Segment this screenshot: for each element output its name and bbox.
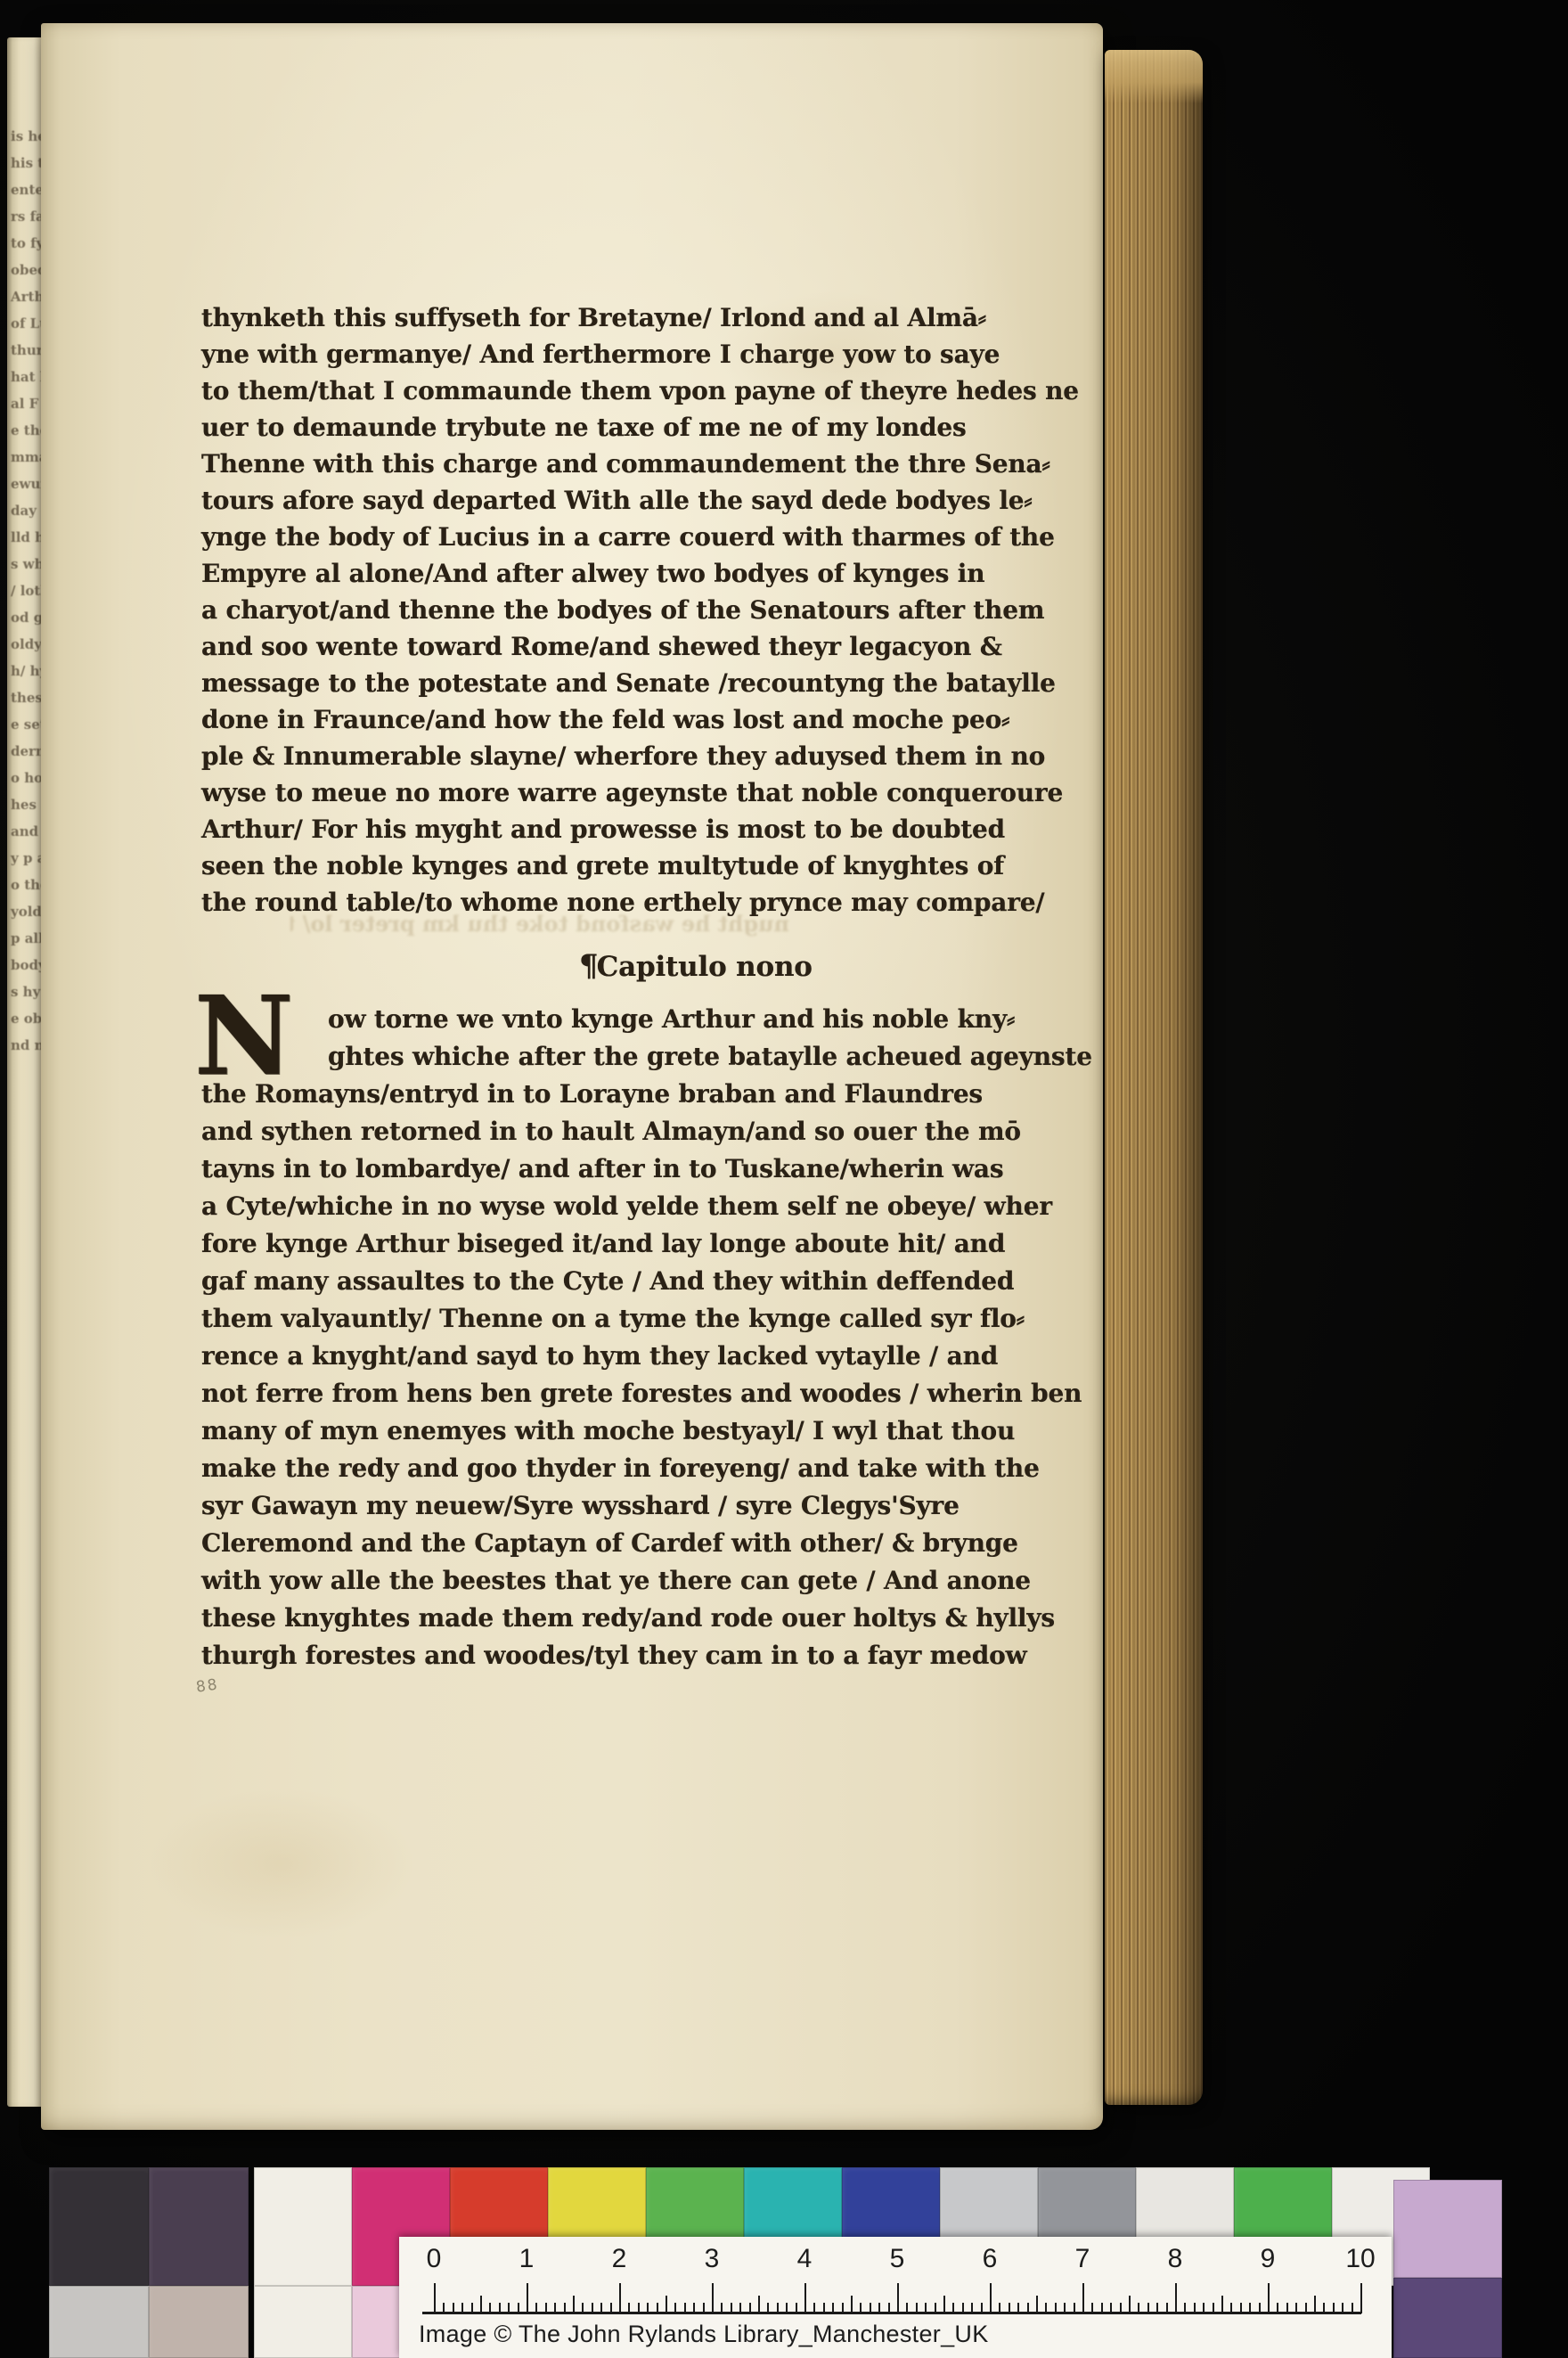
text-line: Arthur/ For his myght and prowesse is mo… [201,811,1092,847]
ruler-tick [573,2296,575,2313]
text-line: make the redy and goo thyder in foreyeng… [201,1450,1092,1487]
text-line: tayns in to lombardye/ and after in to T… [201,1150,1092,1188]
edge-fragment: p all th [11,925,43,952]
text-line: Thenne with this charge and commaundemen… [201,446,1092,482]
show-through-ghost-text: nught he wasfond toke thu km preter lo/ … [290,909,789,939]
text-line: them valyauntly/ Thenne on a tyme the ky… [201,1300,1092,1338]
edge-fragment: hat hye [11,364,43,390]
text-line: a Cyte/whiche in no wyse wold yelde them… [201,1188,1092,1225]
edge-fragment: y p alt [11,845,43,872]
color-patch [149,2167,249,2286]
text-line: message to the potestate and Senate /rec… [201,665,1092,701]
text-line: wyse to meue no more warre ageynste that… [201,774,1092,811]
text-line: not ferre from hens ben grete forestes a… [201,1375,1092,1412]
paragraph-chapter8-end: thynketh this suffyseth for Bretayne/ Ir… [201,299,1092,921]
text-line: ynge the body of Lucius in a carre couer… [201,519,1092,555]
text-line: thynketh this suffyseth for Bretayne/ Ir… [201,299,1092,336]
text-line: gaf many assaultes to the Cyte / And the… [201,1263,1092,1300]
edge-fragment: ented fy [11,176,43,203]
edge-fragment: od gom [11,604,43,631]
text-line: a charyot/and thenne the bodyes of the S… [201,592,1092,628]
ruler-tick [666,2296,667,2313]
color-patch [149,2286,249,2358]
edge-fragment: day of [11,497,43,524]
edge-fragment: to fy d [11,230,43,257]
text-line: uer to demaunde trybute ne taxe of me ne… [201,409,1092,446]
pencil-foliation-mark: 88 [195,1675,220,1696]
ruler-tick [804,2283,806,2313]
text-line: Empyre al alone/And after alwey two body… [201,555,1092,592]
ruler-tick [434,2283,436,2313]
ruler-tick [1082,2283,1084,2313]
left-page-edge-stack: is hed fyhis threented fyrs fayreto fy d… [7,37,43,2107]
color-patch [254,2286,352,2358]
edge-fragment: al F d [11,390,43,417]
text-line: done in Fraunce/and how the feld was los… [201,701,1092,738]
ruler-tick [1268,2283,1270,2313]
ruler-tick [1221,2296,1223,2313]
ruler-tick [619,2283,621,2313]
ruler-tick [712,2283,714,2313]
text-line: seen the noble kynges and grete multytud… [201,847,1092,884]
edge-fragment: o the [11,872,43,898]
edge-fragment: Arthur e [11,283,43,310]
text-line: thurgh forestes and woodes/tyl they cam … [201,1637,1092,1674]
ruler-tick [758,2296,760,2313]
text-line: ghtes whiche after the grete bataylle ac… [201,1038,1092,1076]
chapter-heading: ¶Capitulo nono [579,948,813,984]
text-line: many of myn enemyes with moche bestyayl/… [201,1412,1092,1450]
text-line: fore kynge Arthur biseged it/and lay lon… [201,1225,1092,1263]
edge-fragment: s why [11,551,43,577]
text-line: yne with germanye/ And ferthermore I cha… [201,336,1092,373]
text-line: and sythen retorned in to hault Almayn/a… [201,1113,1092,1150]
image-credit-line: Image © The John Rylands Library_Manches… [419,2321,989,2348]
ruler-tick [1360,2283,1362,2313]
ruler-tick [1314,2296,1316,2313]
text-line: syr Gawayn my neuew/Syre wysshard / syre… [201,1487,1092,1525]
edge-fragment: hes are [11,791,43,818]
calibration-patch-purple [1393,2278,1502,2358]
edge-fragment: / lothe [11,577,43,604]
edge-text-fragments: is hed fyhis threented fyrs fayreto fy d… [7,123,43,1059]
ruler-tick [527,2283,528,2313]
edge-fragment: ewur h [11,471,43,497]
edge-fragment: yold h [11,898,43,925]
edge-fragment: bodyes [11,952,43,978]
ruler-tick [1036,2296,1038,2313]
text-line: the Romayns/entryd in to Lorayne braban … [201,1076,1092,1113]
paper-stain [148,1788,415,1939]
text-line: Cleremond and the Captayn of Cardef with… [201,1525,1092,1562]
ruler-baseline [422,2312,1361,2314]
edge-fragment: his thre [11,150,43,176]
text-line: to them/that I commaunde them vpon payne… [201,373,1092,409]
edge-fragment: nd ma [11,1032,43,1059]
edge-fragment: s hy not [11,978,43,1005]
color-patch [49,2167,149,2286]
ruler-tick [943,2296,945,2313]
edge-fragment: thes fy [11,684,43,711]
edge-fragment: e ober [11,1005,43,1032]
calibration-patch-lavender [1393,2180,1502,2278]
gilt-fore-edge [1105,50,1203,2105]
edge-fragment: lld his [11,524,43,551]
chapter-heading-label: Capitulo nono [597,951,813,983]
ruler-tick [480,2296,482,2313]
edge-fragment: of Lua [11,310,43,337]
ruler-card: 012345678910 Image © The John Rylands Li… [399,2237,1392,2358]
color-patch [254,2167,352,2286]
calibration-gray-patches-top [49,2167,249,2286]
text-line: with yow alle the beestes that ye there … [201,1562,1092,1600]
edge-fragment: mmaun [11,444,43,471]
edge-fragment: and pri [11,818,43,845]
edge-fragment: dern and [11,738,43,765]
text-line: rence a knyght/and sayd to hym they lack… [201,1338,1092,1375]
text-line: these knyghtes made them redy/and rode o… [201,1600,1092,1637]
pilcrow-mark: ¶ [579,948,597,984]
calibration-gray-patches-bottom [49,2286,249,2358]
edge-fragment: e the fy [11,417,43,444]
edge-fragment: is hed fy [11,123,43,150]
edge-fragment: oldy of a [11,631,43,658]
edge-fragment: e seth/fy [11,711,43,738]
color-patch [49,2286,149,2358]
ruler-tick [851,2296,853,2313]
ruler-tick [897,2283,899,2313]
edge-fragment: rs fayre [11,203,43,230]
edge-fragment: o home [11,765,43,791]
ruler-tick [1175,2283,1177,2313]
text-line: tours afore sayd departed With alle the … [201,482,1092,519]
ruler-tick [1129,2296,1131,2313]
edge-fragment: thur hyd [11,337,43,364]
text-line: ple & Innumerable slayne/ wherfore they … [201,738,1092,774]
ruler-tick [990,2283,992,2313]
gilt-fore-edge-highlight [1105,50,1203,103]
edge-fragment: h/ hy m [11,658,43,684]
text-line: ow torne we vnto kynge Arthur and his no… [201,1001,1092,1038]
photograph-stage: is hed fyhis threented fyrs fayreto fy d… [0,0,1568,2358]
edge-fragment: obedy [11,257,43,283]
paragraph-chapter9: ow torne we vnto kynge Arthur and his no… [201,1001,1092,1674]
text-line: and soo wente toward Rome/and shewed the… [201,628,1092,665]
book-page: thynketh this suffyseth for Bretayne/ Ir… [41,23,1103,2130]
